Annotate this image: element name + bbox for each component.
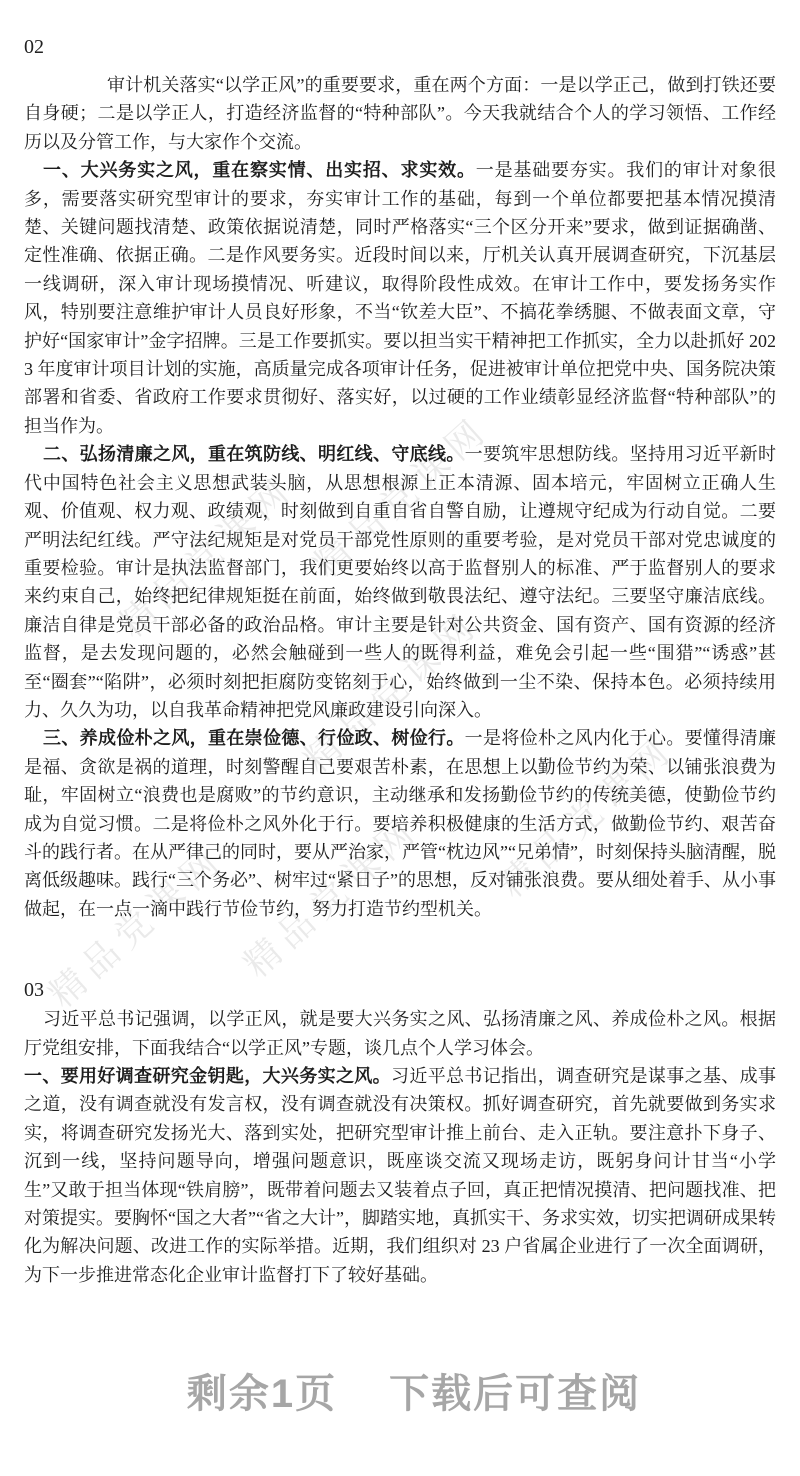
page-number-02: 02 xyxy=(24,36,776,58)
paragraph-lead: 一、大兴务实之风，重在察实情、出实招、求实效。 xyxy=(43,160,476,180)
paragraph-lead: 一、要用好调查研究金钥匙，大兴务实之风。 xyxy=(24,1066,391,1086)
preview-footer: 剩余1页下载后可查阅 xyxy=(14,1368,800,1420)
paragraph-text: 一是将俭朴之风内化于心。要懂得清廉是福、贪欲是祸的道理，时刻警醒自己要艰苦朴素，… xyxy=(24,728,776,918)
page-number-03: 03 xyxy=(24,979,776,1001)
paragraph-lead: 二、弘扬清廉之风，重在筑防线、明红线、守底线。 xyxy=(43,444,465,464)
paragraph-intro: 审计机关落实“以学正风”的重要要求，重在两个方面：一是以学正己，做到打铁还要自身… xyxy=(24,71,776,156)
paragraph-study-intro: 习近平总书记强调，以学正风，就是要大兴务实之风、弘扬清廉之风、养成俭朴之风。根据… xyxy=(24,1005,776,1062)
paragraph-integrity-style: 二、弘扬清廉之风，重在筑防线、明红线、守底线。一要筑牢思想防线。坚持用习近平新时… xyxy=(24,440,776,724)
paragraph-pragmatic-style: 一、大兴务实之风，重在察实情、出实招、求实效。一是基础要夯实。我们的审计对象很多… xyxy=(24,156,776,440)
document-body: 02 审计机关落实“以学正风”的重要要求，重在两个方面：一是以学正己，做到打铁还… xyxy=(24,0,776,1289)
pages-remaining-label: 剩余1页 xyxy=(187,1372,337,1416)
paragraph-frugal-style: 三、养成俭朴之风，重在崇俭德、行俭政、树俭行。一是将俭朴之风内化于心。要懂得清廉… xyxy=(24,724,776,923)
download-hint-label: 下载后可查阅 xyxy=(389,1372,641,1416)
paragraph-text: 习近平总书记指出，调查研究是谋事之基、成事之道，没有调查就没有发言权，没有调查就… xyxy=(24,1066,776,1285)
paragraph-text: 习近平总书记强调，以学正风，就是要大兴务实之风、弘扬清廉之风、养成俭朴之风。根据… xyxy=(24,1009,776,1057)
paragraph-lead: 三、养成俭朴之风，重在崇俭德、行俭政、树俭行。 xyxy=(43,728,465,748)
paragraph-text: 一是基础要夯实。我们的审计对象很多，需要落实研究型审计的要求，夯实审计工作的基础… xyxy=(24,160,776,436)
paragraph-investigation-key: 一、要用好调查研究金钥匙，大兴务实之风。习近平总书记指出，调查研究是谋事之基、成… xyxy=(24,1062,776,1289)
paragraph-text: 一要筑牢思想防线。坚持用习近平新时代中国特色社会主义思想武装头脑，从思想根源上正… xyxy=(24,444,776,720)
paragraph-text: 审计机关落实“以学正风”的重要要求，重在两个方面：一是以学正己，做到打铁还要自身… xyxy=(24,75,776,152)
